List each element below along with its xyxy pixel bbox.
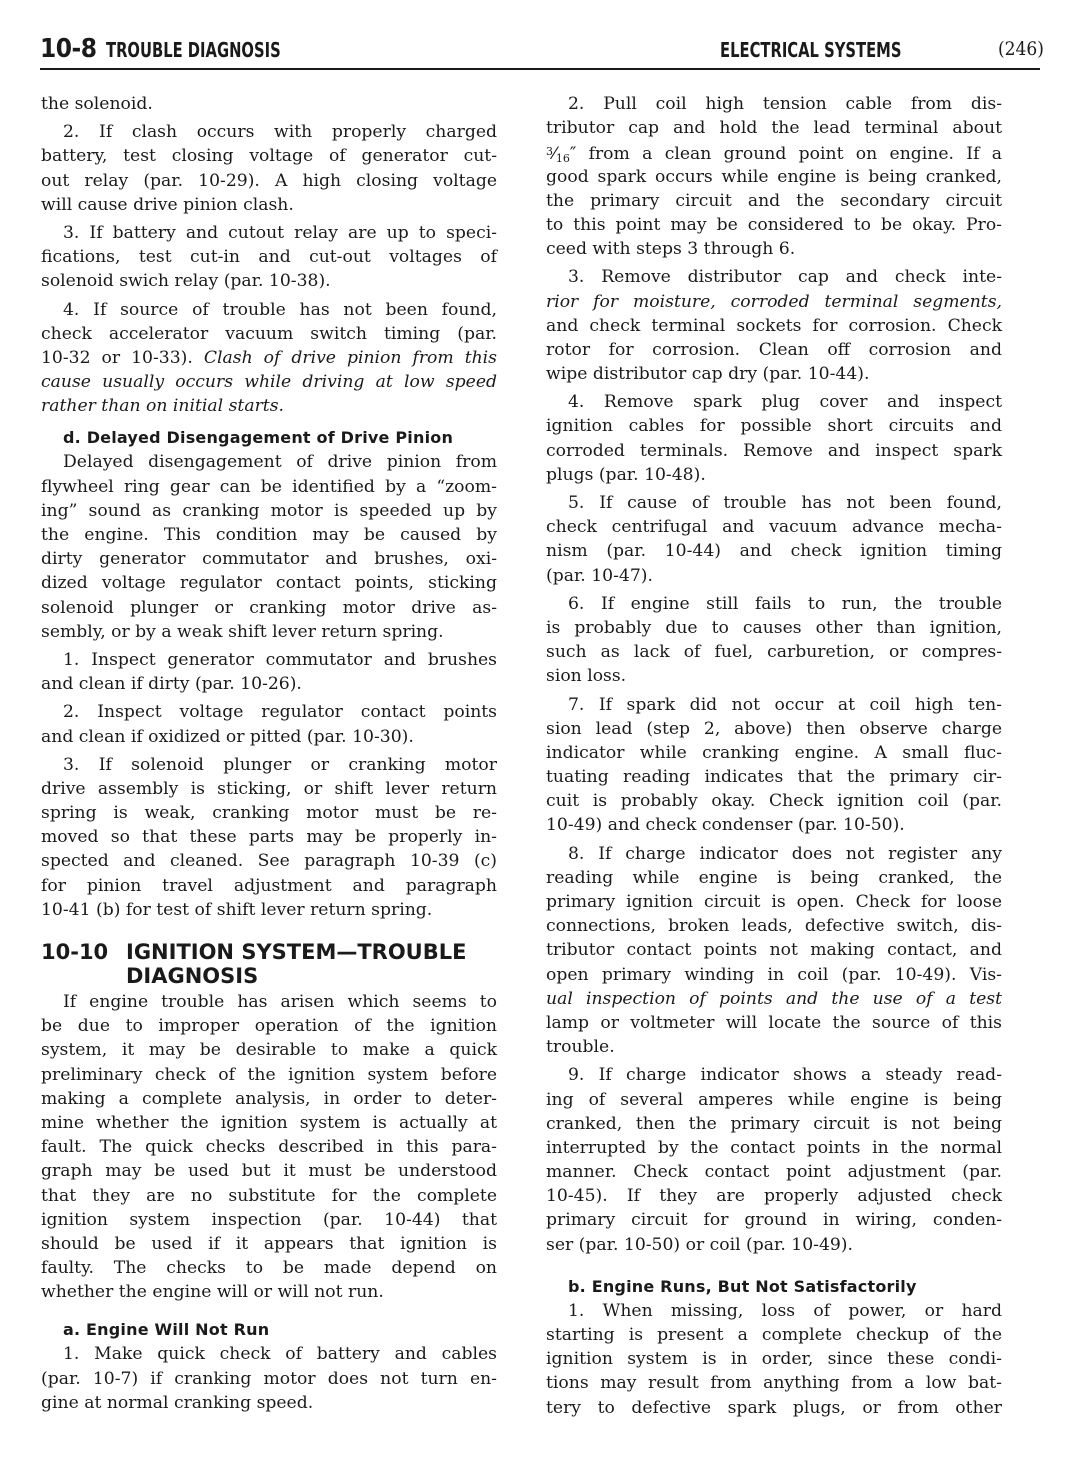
text-line: 3. If battery and cutout relay are up to… — [41, 221, 497, 245]
text-line: cuit is probably okay. Check ignition co… — [546, 789, 1002, 813]
text-line: plugs (par. 10-48). — [546, 463, 1002, 487]
text-line: primary circuit for ground in wiring, co… — [546, 1208, 1002, 1232]
text-line: 3. If solenoid plunger or cranking motor — [41, 753, 497, 777]
text-line: preliminary check of the ignition system… — [41, 1063, 497, 1087]
step-a1: 1. Make quick check of battery and cable… — [41, 1342, 497, 1415]
step-3-battery: 3. If battery and cutout relay are up to… — [41, 221, 497, 294]
text-line: to this point may be considered to be ok… — [546, 213, 1002, 237]
step-a3: 3. Remove distributor cap and check inte… — [546, 265, 1002, 386]
section-number: 10-10 — [41, 940, 126, 964]
text-line: tery to defective spark plugs, or from o… — [546, 1396, 1002, 1420]
text-line: 8. If charge indicator does not register… — [546, 842, 1002, 866]
text-line: making a complete analysis, in order to … — [41, 1087, 497, 1111]
text-line: such as lack of fuel, carburetion, or co… — [546, 640, 1002, 664]
italic-text-run: Clash of drive pinion from this — [204, 348, 497, 368]
text-line: faulty. The checks to be made depend on — [41, 1256, 497, 1280]
step-2-clash: 2. If clash occurs with properly charged… — [41, 120, 497, 217]
text-line: flywheel ring gear can be identified by … — [41, 475, 497, 499]
fraction-numerator: 3 — [546, 145, 553, 158]
text-line: fications, test cut-in and cut-out volta… — [41, 245, 497, 269]
text-line: ing” sound as cranking motor is speeded … — [41, 499, 497, 523]
text-line: (par. 10-47). — [546, 564, 1002, 588]
text-line: cranked, then the primary circuit is not… — [546, 1112, 1002, 1136]
step-a8: 8. If charge indicator does not register… — [546, 842, 1002, 1060]
step-4-source: 4. If source of trouble has not been fou… — [41, 298, 497, 419]
text-line: 6. If engine still fails to run, the tro… — [546, 592, 1002, 616]
text-line: 10-49) and check condenser (par. 10-50). — [546, 813, 1002, 837]
text-run: 10-32 or 10-33). — [41, 348, 204, 368]
text-line: primary ignition circuit is open. Check … — [546, 890, 1002, 914]
text-line: graph may be used but it must be underst… — [41, 1159, 497, 1183]
section-heading-10-10: 10-10IGNITION SYSTEM—TROUBLE DIAGNOSIS — [41, 940, 497, 988]
text-line: ignition system is in order, since these… — [546, 1347, 1002, 1371]
subheading-b: b. Engine Runs, But Not Satisfactorily — [546, 1275, 1002, 1299]
text-line: Delayed disengagement of drive pinion fr… — [41, 450, 497, 474]
text-line: and clean if dirty (par. 10-26). — [41, 672, 497, 696]
subheading-d: d. Delayed Disengagement of Drive Pinion — [41, 426, 497, 450]
text-line: reading while engine is being cranked, t… — [546, 866, 1002, 890]
text-line: is probably due to causes other than ign… — [546, 616, 1002, 640]
step-a4: 4. Remove spark plug cover and inspect i… — [546, 390, 1002, 487]
text-line: and clean if oxidized or pitted (par. 10… — [41, 725, 497, 749]
text-line: will cause drive pinion clash. — [41, 193, 497, 217]
text-line: 4. If source of trouble has not been fou… — [41, 298, 497, 322]
manual-page: 10-8 TROUBLE DIAGNOSIS ELECTRICAL SYSTEM… — [0, 0, 1070, 1482]
header-chapter-title: TROUBLE DIAGNOSIS — [106, 38, 281, 62]
text-line: system, it may be desirable to make a qu… — [41, 1038, 497, 1062]
header-page-number: (246) — [998, 38, 1044, 60]
text-line: tributor contact points not making conta… — [546, 938, 1002, 962]
text-line: 4. Remove spark plug cover and inspect — [546, 390, 1002, 414]
step-d1: 1. Inspect generator commutator and brus… — [41, 648, 497, 696]
text-line: 3. Remove distributor cap and check inte… — [546, 265, 1002, 289]
text-line: ignition system inspection (par. 10-44) … — [41, 1208, 497, 1232]
page-header: 10-8 TROUBLE DIAGNOSIS ELECTRICAL SYSTEM… — [40, 28, 1040, 70]
text-line: trouble. — [546, 1035, 1002, 1059]
text-line: moved so that these parts may be properl… — [41, 825, 497, 849]
text-line: the primary circuit and the secondary ci… — [546, 189, 1002, 213]
text-line: spring is weak, cranking motor must be r… — [41, 801, 497, 825]
text-line: 3⁄16″ from a clean ground point on engin… — [546, 140, 1002, 164]
text-line: the solenoid. — [41, 92, 497, 116]
text-line-content: 3. If battery and cutout relay are up to… — [63, 223, 497, 243]
step-a7: 7. If spark did not occur at coil high t… — [546, 693, 1002, 838]
text-line: sion loss. — [546, 664, 1002, 688]
text-line: tributor cap and hold the lead terminal … — [546, 116, 1002, 140]
text-line: connections, broken leads, defective swi… — [546, 914, 1002, 938]
text-line: nism (par. 10-44) and check ignition tim… — [546, 539, 1002, 563]
text-line: (par. 10-7) if cranking motor does not t… — [41, 1367, 497, 1391]
text-line: solenoid swich relay (par. 10-38). — [41, 269, 497, 293]
header-section-number: 10-8 — [40, 34, 97, 64]
text-line: starting is present a complete checkup o… — [546, 1323, 1002, 1347]
text-line: corroded terminals. Remove and inspect s… — [546, 439, 1002, 463]
ignition-intro-paragraph: If engine trouble has arisen which seems… — [41, 990, 497, 1304]
text-line: ing of several amperes while engine is b… — [546, 1088, 1002, 1112]
text-line: open primary winding in coil (par. 10-49… — [546, 963, 1002, 987]
text-line: ual inspection of points and the use of … — [546, 987, 1002, 1011]
text-line: 10-32 or 10-33). Clash of drive pinion f… — [41, 346, 497, 370]
text-line: lamp or voltmeter will locate the source… — [546, 1011, 1002, 1035]
subheading-a: a. Engine Will Not Run — [41, 1318, 497, 1342]
text-line: ignition cables for possible short circu… — [546, 414, 1002, 438]
text-line: 2. Pull coil high tension cable from dis… — [546, 92, 1002, 116]
delayed-disengagement-paragraph: Delayed disengagement of drive pinion fr… — [41, 450, 497, 644]
right-column: 2. Pull coil high tension cable from dis… — [546, 92, 1002, 1424]
header-system-title: ELECTRICAL SYSTEMS — [720, 38, 901, 62]
step-a5: 5. If cause of trouble has not been foun… — [546, 491, 1002, 588]
text-line: 2. Inspect voltage regulator contact poi… — [41, 700, 497, 724]
text-line: 10-41 (b) for test of shift lever return… — [41, 898, 497, 922]
text-line: 1. When missing, loss of power, or hard — [546, 1299, 1002, 1323]
text-line: the engine. This condition may be caused… — [41, 523, 497, 547]
step-a6: 6. If engine still fails to run, the tro… — [546, 592, 1002, 689]
text-line: manner. Check contact point adjustment (… — [546, 1160, 1002, 1184]
text-line: and check terminal sockets for corrosion… — [546, 314, 1002, 338]
text-line: whether the engine will or will not run. — [41, 1280, 497, 1304]
text-line: dirty generator commutator and brushes, … — [41, 547, 497, 571]
text-line: wipe distributor cap dry (par. 10-44). — [546, 362, 1002, 386]
text-line: check centrifugal and vacuum advance mec… — [546, 515, 1002, 539]
text-line: 9. If charge indicator shows a steady re… — [546, 1063, 1002, 1087]
text-line: be due to improper operation of the igni… — [41, 1014, 497, 1038]
text-line: 5. If cause of trouble has not been foun… — [546, 491, 1002, 515]
text-line: fault. The quick checks described in thi… — [41, 1135, 497, 1159]
text-line: good spark occurs while engine is being … — [546, 165, 1002, 189]
text-line: interrupted by the contact points in the… — [546, 1136, 1002, 1160]
text-line: for pinion travel adjustment and paragra… — [41, 874, 497, 898]
left-column: the solenoid. 2. If clash occurs with pr… — [41, 92, 497, 1419]
text-line: drive assembly is sticking, or shift lev… — [41, 777, 497, 801]
text-line: mine whether the ignition system is actu… — [41, 1111, 497, 1135]
paragraph-continued: the solenoid. — [41, 92, 497, 116]
text-line: spected and cleaned. See paragraph 10-39… — [41, 849, 497, 873]
text-line: rior for moisture, corroded terminal seg… — [546, 290, 1002, 314]
text-line: ser (par. 10-50) or coil (par. 10-49). — [546, 1233, 1002, 1257]
step-a9: 9. If charge indicator shows a steady re… — [546, 1063, 1002, 1257]
text-line: tions may result from anything from a lo… — [546, 1371, 1002, 1395]
text-line: rotor for corrosion. Clean off corrosion… — [546, 338, 1002, 362]
text-line: solenoid plunger or cranking motor drive… — [41, 596, 497, 620]
text-line: check accelerator vacuum switch timing (… — [41, 322, 497, 346]
text-line: gine at normal cranking speed. — [41, 1391, 497, 1415]
section-title-line1: IGNITION SYSTEM—TROUBLE — [126, 940, 466, 964]
fraction-denominator: 16 — [556, 152, 570, 165]
text-line: 1. Make quick check of battery and cable… — [41, 1342, 497, 1366]
step-d2: 2. Inspect voltage regulator contact poi… — [41, 700, 497, 748]
text-line: rather than on initial starts. — [41, 394, 497, 418]
text-line: ceed with steps 3 through 6. — [546, 237, 1002, 261]
text-line: sion lead (step 2, above) then observe c… — [546, 717, 1002, 741]
text-line: 10-45). If they are properly adjusted ch… — [546, 1184, 1002, 1208]
text-run: ″ from a clean ground point on engine. I… — [570, 144, 1002, 164]
text-line: 1. Inspect generator commutator and brus… — [41, 648, 497, 672]
text-line: should be used if it appears that igniti… — [41, 1232, 497, 1256]
text-line: battery, test closing voltage of generat… — [41, 144, 497, 168]
text-line: sembly, or by a weak shift lever return … — [41, 620, 497, 644]
text-line: indicator while cranking engine. A small… — [546, 741, 1002, 765]
text-line: dized voltage regulator contact points, … — [41, 571, 497, 595]
step-b1: 1. When missing, loss of power, or hard … — [546, 1299, 1002, 1420]
text-line: cause usually occurs while driving at lo… — [41, 370, 497, 394]
text-line: If engine trouble has arisen which seems… — [41, 990, 497, 1014]
section-title-line2: DIAGNOSIS — [41, 964, 497, 988]
text-line: out relay (par. 10-29). A high closing v… — [41, 169, 497, 193]
text-line: that they are no substitute for the comp… — [41, 1184, 497, 1208]
text-line: 2. If clash occurs with properly charged — [41, 120, 497, 144]
text-line: 7. If spark did not occur at coil high t… — [546, 693, 1002, 717]
text-line: tuating reading indicates that the prima… — [546, 765, 1002, 789]
step-a2: 2. Pull coil high tension cable from dis… — [546, 92, 1002, 261]
step-d3: 3. If solenoid plunger or cranking motor… — [41, 753, 497, 922]
